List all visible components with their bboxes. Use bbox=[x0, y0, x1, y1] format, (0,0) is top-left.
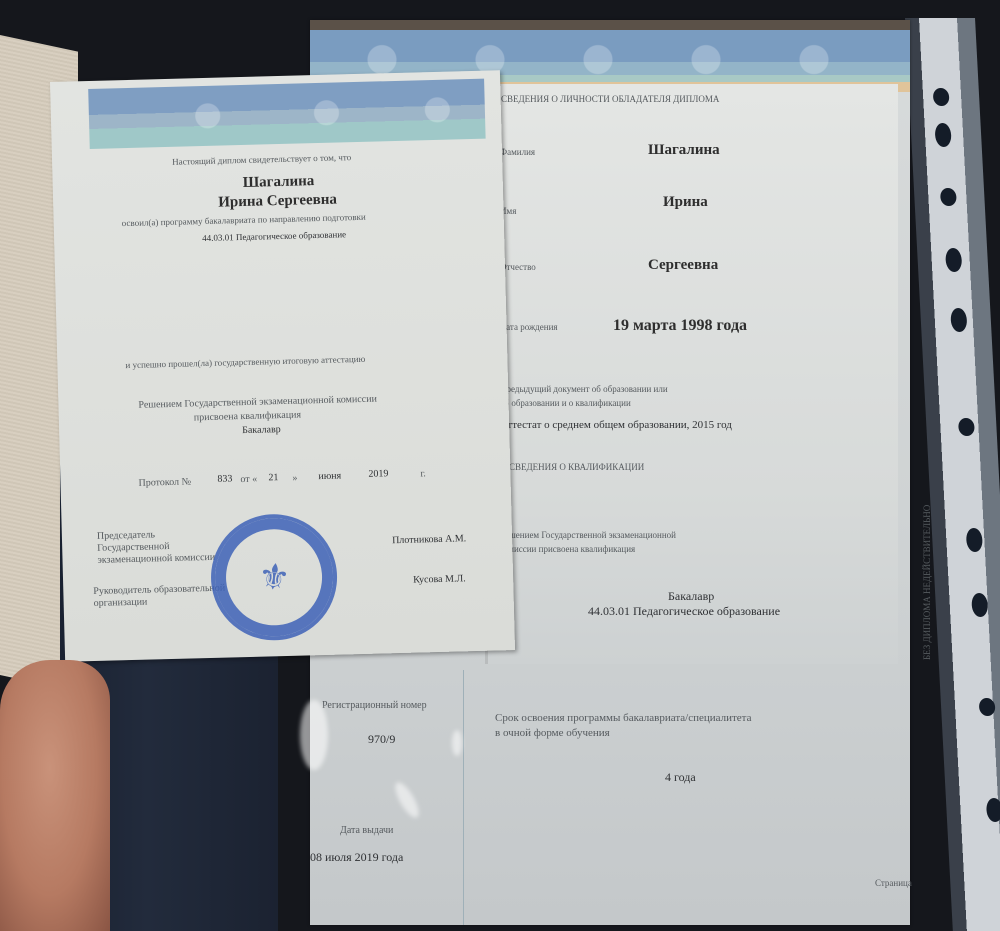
duration-value: 4 года bbox=[665, 770, 696, 785]
issue-date: 08 июля 2019 года bbox=[310, 850, 403, 865]
diploma-surname: Шагалина bbox=[243, 173, 315, 192]
protocol-year-suffix: г. bbox=[420, 468, 426, 479]
punch-hole-icon bbox=[935, 123, 952, 147]
diploma-main-page: Настоящий диплом свидетельствует о том, … bbox=[50, 70, 515, 662]
diploma-qualification: Бакалавр bbox=[242, 424, 281, 436]
glare bbox=[452, 730, 462, 756]
section2-title: 2. СВЕДЕНИЯ О КВАЛИФИКАЦИИ bbox=[500, 462, 644, 472]
protocol-number: 833 bbox=[217, 473, 232, 484]
reg-number-label: Регистрационный номер bbox=[322, 700, 427, 711]
duration-label-2: в очной форме обучения bbox=[495, 727, 610, 739]
patronymic-label: Отчество bbox=[500, 262, 536, 272]
chairman-label-2: Государственной bbox=[97, 541, 170, 554]
punch-hole-icon bbox=[945, 248, 962, 272]
plastic-sleeve bbox=[905, 18, 1000, 931]
protocol-label: Протокол № bbox=[138, 476, 191, 488]
appendix-decision-1: Решением Государственной экзаменационной bbox=[500, 530, 676, 540]
appendix-decision-2: комиссии присвоена квалификация bbox=[500, 544, 635, 554]
hand bbox=[0, 660, 110, 931]
surname-label: Фамилия bbox=[500, 147, 535, 157]
vertical-note: БЕЗ ДИПЛОМА НЕДЕЙСТВИТЕЛЬНО bbox=[922, 505, 932, 660]
protocol-day: 21 bbox=[268, 472, 278, 483]
punch-hole-icon bbox=[950, 308, 967, 332]
name-value: Ирина bbox=[663, 194, 708, 211]
page-label: Страница bbox=[875, 878, 912, 888]
diploma-name: Ирина Сергеевна bbox=[218, 192, 337, 212]
prev-doc-value: Аттестат о среднем общем образовании, 20… bbox=[500, 419, 732, 431]
diploma-specialty: 44.03.01 Педагогическое образование bbox=[202, 229, 346, 243]
patronymic-value: Сергеевна bbox=[648, 257, 718, 274]
chairman-label-1: Председатель bbox=[97, 529, 155, 542]
punch-hole-icon bbox=[958, 418, 975, 436]
official-seal-icon: ⚜ bbox=[204, 508, 343, 647]
protocol-from: от « bbox=[240, 474, 257, 485]
punch-hole-icon bbox=[940, 188, 957, 206]
punch-hole-icon bbox=[986, 798, 1000, 822]
chairman-label-3: экзаменационной комиссии bbox=[97, 552, 215, 566]
punch-hole-icon bbox=[933, 88, 950, 106]
appendix-specialty: 44.03.01 Педагогическое образование bbox=[588, 604, 780, 619]
decision-line-1: Решением Государственной экзаменационной… bbox=[138, 394, 377, 411]
divider bbox=[463, 670, 464, 925]
appendix-qualification: Бакалавр bbox=[668, 589, 714, 604]
personal-info-page: 1. СВЕДЕНИЯ О ЛИЧНОСТИ ОБЛАДАТЕЛЯ ДИПЛОМ… bbox=[485, 84, 898, 664]
prev-doc-label-1: Предыдущий документ об образовании или bbox=[500, 384, 668, 394]
head-label-2: организации bbox=[94, 597, 148, 609]
chairman-name: Плотникова А.М. bbox=[392, 533, 466, 546]
head-label-1: Руководитель образовательной bbox=[93, 583, 225, 597]
protocol-year: 2019 bbox=[368, 468, 388, 480]
surname-value: Шагалина bbox=[648, 142, 720, 159]
birthdate-label: Дата рождения bbox=[500, 322, 558, 332]
glare bbox=[300, 700, 328, 770]
punch-hole-icon bbox=[966, 528, 983, 552]
duration-label-1: Срок освоения программы бакалавриата/спе… bbox=[495, 712, 752, 724]
section1-title: 1. СВЕДЕНИЯ О ЛИЧНОСТИ ОБЛАДАТЕЛЯ ДИПЛОМ… bbox=[492, 94, 719, 104]
issue-date-label: Дата выдачи bbox=[340, 825, 393, 836]
birthdate-value: 19 марта 1998 года bbox=[613, 317, 747, 335]
punch-hole-icon bbox=[971, 593, 988, 617]
program-line: освоил(а) программу бакалавриата по напр… bbox=[122, 212, 366, 228]
prev-doc-label-2: об образовании и о квалификации bbox=[500, 398, 631, 408]
protocol-month: июня bbox=[318, 471, 341, 483]
decision-line-2: присвоена квалификация bbox=[194, 410, 302, 424]
head-name: Кусова М.Л. bbox=[413, 573, 466, 585]
protocol-close-quote: » bbox=[292, 473, 297, 484]
decorative-band bbox=[88, 79, 485, 149]
reg-number: 970/9 bbox=[368, 732, 395, 747]
punch-hole-icon bbox=[979, 698, 996, 716]
attestation-line: и успешно прошел(ла) государственную ито… bbox=[125, 354, 365, 370]
diploma-intro: Настоящий диплом свидетельствует о том, … bbox=[172, 152, 351, 167]
